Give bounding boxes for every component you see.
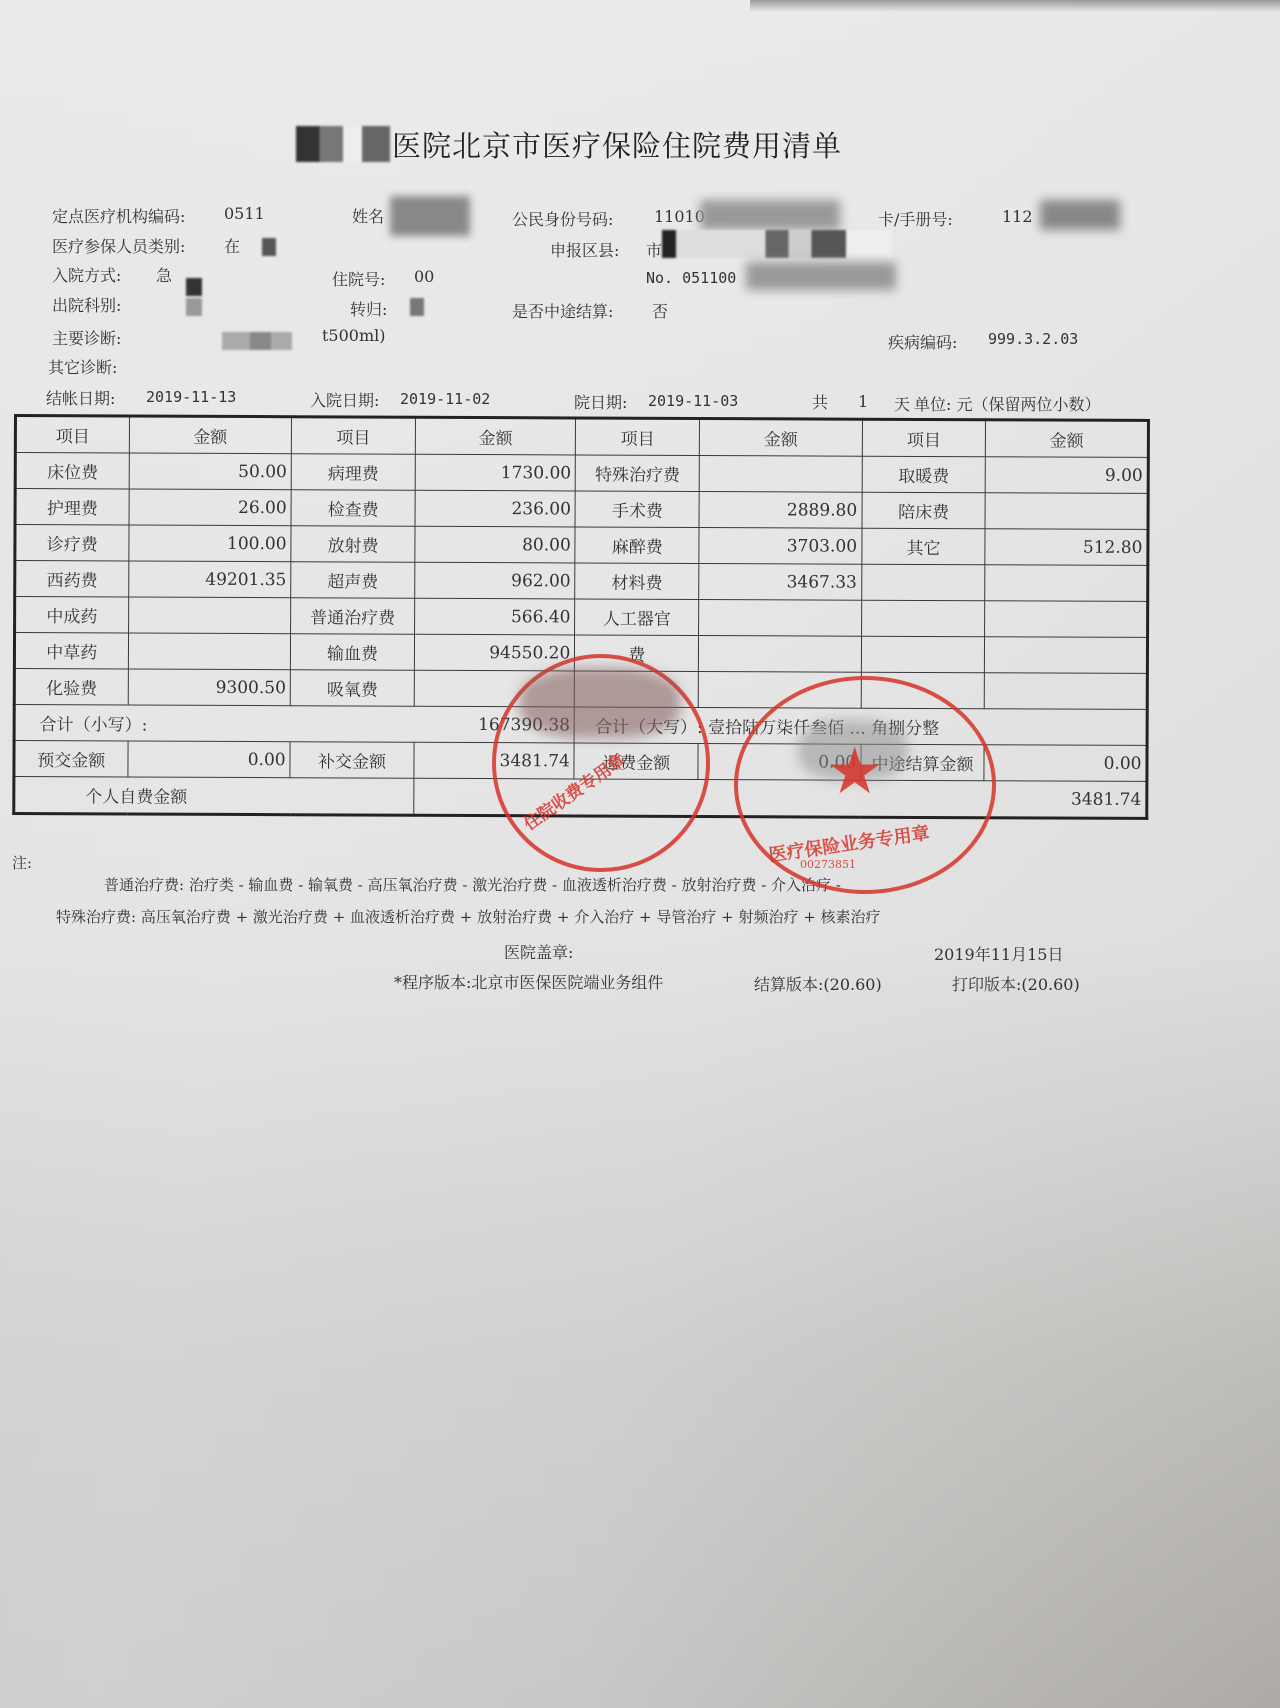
- insurance-seal-number: 00273851: [800, 858, 856, 871]
- fee-item-label: 超声费: [291, 562, 415, 599]
- fee-item-label: 中成药: [15, 597, 129, 633]
- institution-code-label: 定点医疗机构编码:: [52, 204, 185, 227]
- billing-seal-text: 住院收费专用章: [518, 746, 630, 835]
- insurance-seal-stamp: ★ 医疗保险业务专用章 00273851: [734, 676, 996, 894]
- discharge-date-label: 院日期:: [574, 390, 627, 413]
- redacted-card: [1040, 200, 1120, 230]
- discharge-dept-label: 出院科别:: [52, 293, 121, 316]
- unit-label: 单位: 元（保留两位小数）: [914, 392, 1100, 415]
- fee-item-label: 化验费: [14, 669, 128, 705]
- fee-item-label: [861, 636, 985, 673]
- fee-item-amount: [985, 601, 1148, 638]
- card-value: 112: [1002, 207, 1033, 226]
- column-header: 项目: [862, 419, 986, 457]
- fee-item-label: [861, 600, 985, 637]
- hospital-stamp-label: 医院盖章:: [504, 940, 573, 963]
- fee-item-label: [861, 564, 985, 601]
- fee-item-amount: 512.80: [985, 529, 1148, 566]
- print-date: 2019年11月15日: [934, 942, 1063, 965]
- fee-item-label: 陪床费: [862, 492, 986, 529]
- main-diagnosis-value: t500ml): [322, 326, 386, 345]
- admission-method-label: 入院方式:: [52, 263, 121, 286]
- institution-code-value: 0511: [224, 204, 265, 223]
- table-row: 护理费26.00检查费236.00手术费2889.80陪床费: [15, 489, 1148, 530]
- fee-item-amount: [985, 493, 1148, 530]
- document-title: 医院北京市医疗保险住院费用清单: [392, 124, 842, 165]
- disease-code-label: 疾病编码:: [888, 330, 957, 353]
- redacted-district: [662, 230, 892, 258]
- fee-item-label: 病理费: [291, 454, 415, 491]
- fee-item-amount: [699, 599, 862, 636]
- billing-seal-stamp: 住院收费专用章: [492, 654, 710, 872]
- fee-item-amount: 3703.00: [699, 527, 862, 564]
- district-value: 市: [646, 238, 662, 261]
- table-row: 床位费50.00病理费1730.00特殊治疗费取暖费9.00: [15, 453, 1148, 494]
- redacted-admission-method: [186, 278, 202, 296]
- subtotal-label: 合计（小写）:: [14, 705, 290, 742]
- admission-method-value: 急: [156, 263, 172, 286]
- redacted-outcome: [410, 298, 424, 316]
- prepaid-value: 0.00: [128, 741, 291, 778]
- redacted-name: [390, 196, 470, 236]
- notes-line-1: 普通治疗费: 治疗类 - 输血费 - 输氧费 - 高压氧治疗费 - 激光治疗费 …: [104, 874, 841, 895]
- column-header: 金额: [986, 420, 1149, 458]
- fee-item-label: 输血费: [291, 634, 415, 671]
- midway-amount-value: 0.00: [984, 745, 1147, 782]
- self-pay-label: 个人自费金额: [14, 777, 414, 816]
- discharge-date-value: 2019-11-03: [648, 392, 738, 410]
- print-version: 打印版本:(20.60): [952, 972, 1080, 995]
- main-diagnosis-label: 主要诊断:: [52, 326, 121, 349]
- fee-item-amount: 236.00: [415, 490, 576, 527]
- fee-item-amount: [128, 633, 291, 670]
- page-edge-shadow: [750, 0, 1280, 12]
- id-label: 公民身份号码:: [512, 207, 613, 230]
- fee-item-amount: 50.00: [129, 453, 292, 490]
- fee-item-label: 取暖费: [862, 456, 986, 493]
- prepaid-label: 预交金额: [14, 741, 128, 777]
- notes-line-2: 特殊治疗费: 高压氧治疗费 + 激光治疗费 + 血液透析治疗费 + 放射治疗费 …: [56, 906, 881, 927]
- disease-code-value: 999.3.2.03: [988, 330, 1078, 348]
- redacted-diagnosis: [222, 332, 292, 350]
- column-header: 金额: [129, 416, 292, 454]
- fee-item-label: 床位费: [15, 453, 129, 489]
- fee-item-amount: [985, 673, 1148, 710]
- fee-item-amount: [699, 635, 862, 672]
- admission-date-label: 入院日期:: [310, 388, 379, 411]
- fee-item-label: 特殊治疗费: [576, 455, 700, 492]
- table-row: 诊疗费100.00放射费80.00麻醉费3703.00其它512.80: [15, 525, 1148, 566]
- fee-item-amount: 962.00: [415, 562, 576, 599]
- fee-item-label: 中草药: [14, 633, 128, 669]
- fee-item-label: 诊疗费: [15, 525, 129, 561]
- fee-item-amount: 3467.33: [699, 563, 862, 600]
- midway-settlement-value: 否: [652, 299, 668, 322]
- hospital-no-label: 住院号:: [332, 267, 385, 290]
- fee-item-label: 麻醉费: [575, 527, 699, 564]
- days-label-post: 天: [894, 392, 910, 415]
- fee-item-amount: 26.00: [129, 489, 292, 526]
- redacted-insured-type: [262, 238, 276, 256]
- fee-item-amount: 49201.35: [128, 561, 291, 598]
- outcome-label: 转归:: [350, 297, 387, 320]
- fee-item-label: 普通治疗费: [291, 598, 415, 635]
- redacted-hospital-name: [296, 126, 390, 162]
- notes-label: 注:: [12, 852, 32, 873]
- fee-item-label: 人工器官: [575, 599, 699, 636]
- name-label: 姓名: [352, 204, 384, 227]
- fee-item-label: 手术费: [575, 491, 699, 528]
- other-diagnosis-label: 其它诊断:: [48, 355, 117, 378]
- settlement-date-label: 结帐日期:: [46, 386, 115, 409]
- fee-item-label: 吸氧费: [290, 670, 414, 707]
- fee-item-label: 检查费: [291, 490, 415, 527]
- fee-item-amount: 80.00: [415, 526, 576, 563]
- fee-item-label: 西药费: [15, 561, 129, 597]
- fee-item-label: 放射费: [291, 526, 415, 563]
- fee-item-amount: [699, 455, 862, 492]
- table-row: 西药费49201.35超声费962.00材料费3467.33: [15, 561, 1148, 602]
- program-version: *程序版本:北京市医保医院端业务组件: [394, 970, 663, 993]
- fee-item-amount: [985, 637, 1148, 674]
- table-header-row: 项目 金额 项目 金额 项目 金额 项目 金额: [15, 416, 1148, 458]
- insured-type-value: 在: [224, 234, 240, 257]
- supplement-label: 补交金额: [290, 742, 414, 779]
- column-header: 金额: [700, 418, 863, 456]
- fee-item-amount: 1730.00: [415, 454, 576, 491]
- settlement-date-value: 2019-11-13: [146, 388, 236, 406]
- column-header: 金额: [415, 417, 576, 455]
- fee-item-amount: 2889.80: [699, 491, 862, 528]
- hospital-no-value: 00: [414, 267, 434, 286]
- days-value: 1: [858, 392, 868, 411]
- column-header: 项目: [291, 417, 415, 455]
- district-label: 申报区县:: [550, 238, 619, 261]
- redacted-discharge-dept: [186, 298, 202, 316]
- redacted-id: [700, 200, 840, 230]
- days-label-pre: 共: [812, 390, 828, 413]
- fee-item-amount: 9300.50: [128, 669, 291, 706]
- column-header: 项目: [576, 418, 700, 456]
- admission-date-value: 2019-11-02: [400, 390, 490, 408]
- id-value: 11010: [654, 207, 705, 226]
- redacted-serial: [746, 262, 896, 290]
- redacted-seal-text: [520, 668, 680, 738]
- fee-item-amount: 566.40: [415, 598, 576, 635]
- fee-item-label: 其它: [861, 528, 985, 565]
- card-label: 卡/手册号:: [878, 207, 953, 230]
- fee-item-amount: 100.00: [129, 525, 292, 562]
- midway-settlement-label: 是否中途结算:: [512, 299, 613, 322]
- fee-item-label: 护理费: [15, 489, 129, 525]
- fee-item-label: 材料费: [575, 563, 699, 600]
- insured-type-label: 医疗参保人员类别:: [52, 234, 185, 257]
- settle-version: 结算版本:(20.60): [754, 972, 882, 995]
- fee-item-amount: 9.00: [986, 457, 1149, 494]
- star-icon: ★: [826, 740, 883, 804]
- column-header: 项目: [15, 416, 129, 453]
- table-row: 中成药普通治疗费566.40人工器官: [15, 597, 1148, 638]
- fee-item-amount: [128, 597, 291, 634]
- fee-item-amount: [985, 565, 1148, 602]
- serial-number: No. 051100: [646, 269, 736, 287]
